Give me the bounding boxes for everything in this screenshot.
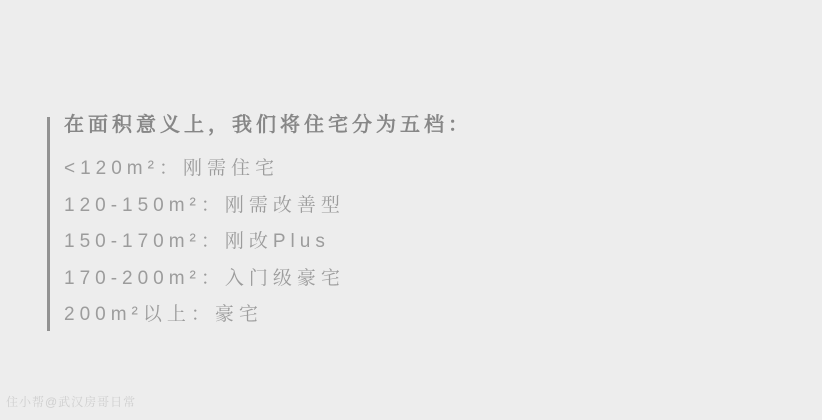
tier-list: <120m²：刚需住宅 120-150m²：刚需改善型 150-170m²：刚改…	[64, 151, 472, 334]
tier-item-150-170: 150-170m²：刚改Plus	[64, 224, 472, 261]
watermark: 住小帮@武汉房哥日常	[6, 393, 136, 410]
slide: 在面积意义上，我们将住宅分为五档： <120m²：刚需住宅 120-150m²：…	[0, 0, 822, 420]
tier-item-170-200: 170-200m²：入门级豪宅	[64, 261, 472, 298]
tier-item-under-120: <120m²：刚需住宅	[64, 151, 472, 188]
text-block: 在面积意义上，我们将住宅分为五档： <120m²：刚需住宅 120-150m²：…	[47, 112, 472, 334]
tier-item-over-200: 200m²以上：豪宅	[64, 297, 472, 334]
heading: 在面积意义上，我们将住宅分为五档：	[64, 112, 472, 138]
accent-bar	[47, 117, 50, 331]
tier-item-120-150: 120-150m²：刚需改善型	[64, 188, 472, 225]
